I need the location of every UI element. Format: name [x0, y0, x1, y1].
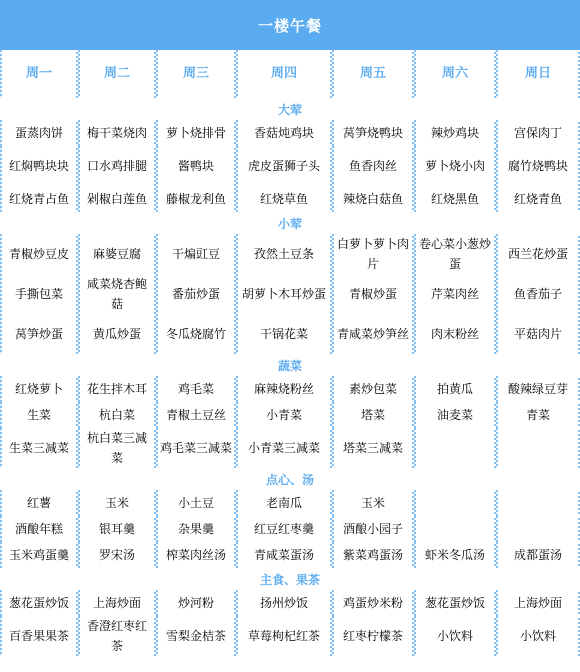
wavy-divider: [0, 590, 2, 616]
wavy-divider: [330, 590, 334, 616]
dish-cell: 生菜: [0, 402, 78, 428]
dish-cell: 小青菜: [236, 402, 332, 428]
cell-text: 塔菜三减菜: [343, 438, 403, 458]
dish-cell: 红烧萝卜: [0, 376, 78, 402]
cell-text: 腐竹烧鸭块: [508, 156, 568, 176]
dish-cell: 鸡蛋炒米粉: [332, 590, 414, 616]
dish-cell: [496, 490, 580, 516]
dish-cell: 莴笋烧鸭块: [332, 120, 414, 146]
wavy-divider: [76, 516, 80, 542]
dish-cell: 草莓枸杞红茶: [236, 616, 332, 656]
cell-text: 青椒炒蛋: [349, 284, 397, 304]
cell-text: 黄瓜炒蛋: [93, 324, 141, 344]
dish-cell: 冬瓜烧腐竹: [156, 314, 236, 354]
cell-text: 肉末粉丝: [431, 324, 479, 344]
cell-text: 青菜: [526, 405, 550, 425]
cell-text: 周四: [271, 64, 297, 84]
cell-text: 杭白菜: [99, 405, 135, 425]
cell-text: 白萝卜萝卜肉片: [336, 234, 410, 274]
cell-text: 酸辣绿豆芽: [508, 379, 568, 399]
wavy-divider: [0, 234, 2, 274]
dish-cell: 酒酿年糕: [0, 516, 78, 542]
cell-text: 罗宋汤: [99, 545, 135, 565]
cell-text: 红枣柠檬茶: [343, 626, 403, 646]
cell-text: 周三: [183, 64, 209, 84]
cell-text: 鸡蛋炒米粉: [343, 593, 403, 613]
wavy-divider: [76, 590, 80, 616]
wavy-divider: [154, 274, 158, 314]
wavy-divider: [494, 120, 498, 146]
cell-text: 青椒土豆丝: [166, 405, 226, 425]
cell-text: 番茄炒蛋: [172, 284, 220, 304]
dish-cell: 青咸菜蛋汤: [236, 542, 332, 568]
wavy-divider: [330, 376, 334, 402]
cell-text: 香菇炖鸡块: [254, 123, 314, 143]
wavy-divider: [234, 120, 238, 146]
dish-cell: 蛋蒸肉饼: [0, 120, 78, 146]
dish-cell: 红豆红枣羹: [236, 516, 332, 542]
cell-text: 上海炒面: [514, 593, 562, 613]
wavy-divider: [76, 402, 80, 428]
wavy-divider: [154, 234, 158, 274]
dish-cell: 红烧青占鱼: [0, 186, 78, 212]
wavy-divider: [412, 120, 416, 146]
wavy-divider: [234, 234, 238, 274]
wavy-divider: [76, 120, 80, 146]
dish-cell: 青咸菜炒笋丝: [332, 314, 414, 354]
cell-text: 莴笋烧鸭块: [343, 123, 403, 143]
dish-cell: 辣炒鸡块: [414, 120, 496, 146]
wavy-divider: [154, 146, 158, 186]
wavy-divider: [76, 186, 80, 212]
cell-text: 草莓枸杞红茶: [248, 626, 320, 646]
wavy-divider: [234, 402, 238, 428]
dish-cell: 酒酿小园子: [332, 516, 414, 542]
cell-text: 周五: [360, 64, 386, 84]
dish-cell: 红烧青鱼: [496, 186, 580, 212]
cell-text: 老南瓜: [266, 493, 302, 513]
dish-cell: 玉米鸡蛋羹: [0, 542, 78, 568]
cell-text: 虎皮蛋狮子头: [248, 156, 320, 176]
dish-cell: 虾米冬瓜汤: [414, 542, 496, 568]
wavy-divider: [494, 616, 498, 656]
wavy-divider: [412, 234, 416, 274]
day-header-4: 周四: [236, 50, 332, 98]
dish-cell: 成都蛋汤: [496, 542, 580, 568]
cell-text: 蛋蒸肉饼: [15, 123, 63, 143]
cell-text: 虾米冬瓜汤: [425, 545, 485, 565]
wavy-divider: [234, 590, 238, 616]
wavy-divider: [234, 274, 238, 314]
section-grid: 红薯玉米小土豆老南瓜玉米酒酿年糕银耳羹杂果羹红豆红枣羹酒酿小园子玉米鸡蛋羹罗宋汤…: [0, 490, 580, 568]
day-header-row: 周一周二周三周四周五周六周日: [0, 50, 580, 98]
wavy-divider: [412, 402, 416, 428]
wavy-divider: [412, 50, 416, 98]
wavy-divider: [154, 590, 158, 616]
cell-text: 咸菜烧杏鲍菇: [82, 274, 152, 314]
cell-text: 红烧青占鱼: [9, 189, 69, 209]
wavy-divider: [330, 146, 334, 186]
dish-cell: 卷心菜小葱炒蛋: [414, 234, 496, 274]
cell-text: 花生拌木耳: [87, 379, 147, 399]
wavy-divider: [234, 616, 238, 656]
menu-title-bar: 一楼午餐: [0, 0, 580, 50]
dish-cell: 炒河粉: [156, 590, 236, 616]
cell-text: 藤椒龙利鱼: [166, 189, 226, 209]
wavy-divider: [0, 428, 2, 468]
dish-cell: 青椒炒豆皮: [0, 234, 78, 274]
wavy-divider: [0, 490, 2, 516]
wavy-divider: [494, 376, 498, 402]
cell-text: 冬瓜烧腐竹: [166, 324, 226, 344]
wavy-divider: [76, 376, 80, 402]
dish-cell: 紫菜鸡蛋汤: [332, 542, 414, 568]
cell-text: 小青菜: [266, 405, 302, 425]
dish-cell: 红烧草鱼: [236, 186, 332, 212]
dish-cell: 上海炒面: [496, 590, 580, 616]
dish-cell: 青椒炒蛋: [332, 274, 414, 314]
dish-cell: 辣烧白菇鱼: [332, 186, 414, 212]
wavy-divider: [494, 234, 498, 274]
cell-text: 小饮料: [437, 626, 473, 646]
dish-cell: 番茄炒蛋: [156, 274, 236, 314]
wavy-divider: [234, 146, 238, 186]
cell-text: 小青菜三减菜: [248, 438, 320, 458]
wavy-divider: [154, 428, 158, 468]
cell-text: 胡萝卜木耳炒蛋: [242, 284, 326, 304]
cell-text: 芹菜肉丝: [431, 284, 479, 304]
cell-text: 周一: [26, 64, 52, 84]
cell-text: 红薯: [27, 493, 51, 513]
dish-cell: 香菇炖鸡块: [236, 120, 332, 146]
dish-cell: 芹菜肉丝: [414, 274, 496, 314]
dish-cell: 杭白菜三减菜: [78, 428, 156, 468]
wavy-divider: [76, 50, 80, 98]
cell-text: 葱花蛋炒饭: [9, 593, 69, 613]
wavy-divider: [412, 186, 416, 212]
dish-cell: 莴笋炒蛋: [0, 314, 78, 354]
wavy-divider: [494, 428, 498, 468]
wavy-divider: [494, 542, 498, 568]
dish-cell: [414, 428, 496, 468]
wavy-divider: [76, 146, 80, 186]
dish-cell: 百香果果茶: [0, 616, 78, 656]
cell-text: 萝卜烧排骨: [166, 123, 226, 143]
wavy-divider: [76, 314, 80, 354]
dish-cell: 葱花蛋炒饭: [0, 590, 78, 616]
wavy-divider: [0, 146, 2, 186]
day-header-5: 周五: [332, 50, 414, 98]
cell-text: 葱花蛋炒饭: [425, 593, 485, 613]
cell-text: 梅干菜烧肉: [87, 123, 147, 143]
menu-table: 周一周二周三周四周五周六周日大荤蛋蒸肉饼梅干菜烧肉萝卜烧排骨香菇炖鸡块莴笋烧鸭块…: [0, 50, 580, 656]
wavy-divider: [234, 490, 238, 516]
cell-text: 雪梨金桔茶: [166, 626, 226, 646]
section-title: 大荤: [0, 98, 580, 120]
dish-cell: 红枣柠檬茶: [332, 616, 414, 656]
dish-cell: 胡萝卜木耳炒蛋: [236, 274, 332, 314]
dish-cell: 塔菜三减菜: [332, 428, 414, 468]
cell-text: 辣炒鸡块: [431, 123, 479, 143]
cell-text: 生菜三减菜: [9, 438, 69, 458]
section-title: 小荤: [0, 212, 580, 234]
cell-text: 酒酿小园子: [343, 519, 403, 539]
dish-cell: 宫保肉丁: [496, 120, 580, 146]
wavy-divider: [0, 376, 2, 402]
section-title: 蔬菜: [0, 354, 580, 376]
dish-cell: 杂果羹: [156, 516, 236, 542]
section-title: 主食、果茶: [0, 568, 580, 590]
wavy-divider: [412, 274, 416, 314]
wavy-divider: [154, 314, 158, 354]
cell-text: 杂果羹: [178, 519, 214, 539]
wavy-divider: [154, 542, 158, 568]
wavy-divider: [330, 616, 334, 656]
cell-text: 杭白菜三减菜: [82, 428, 152, 468]
wavy-divider: [0, 274, 2, 314]
dish-cell: 银耳羹: [78, 516, 156, 542]
dish-cell: 素炒包菜: [332, 376, 414, 402]
section-grid: 青椒炒豆皮麻婆豆腐干煸豇豆孜然土豆条白萝卜萝卜肉片卷心菜小葱炒蛋西兰花炒蛋手撕包…: [0, 234, 580, 354]
cell-text: 酒酿年糕: [15, 519, 63, 539]
cell-text: 炒河粉: [178, 593, 214, 613]
wavy-divider: [412, 314, 416, 354]
cell-text: 青椒炒豆皮: [9, 244, 69, 264]
day-header-3: 周三: [156, 50, 236, 98]
wavy-divider: [494, 50, 498, 98]
wavy-divider: [0, 542, 2, 568]
wavy-divider: [76, 428, 80, 468]
page-title: 一楼午餐: [258, 15, 322, 36]
dish-cell: 玉米: [332, 490, 414, 516]
cell-text: 上海炒面: [93, 593, 141, 613]
dish-cell: 塔菜: [332, 402, 414, 428]
wavy-divider: [330, 428, 334, 468]
wavy-divider: [494, 314, 498, 354]
wavy-divider: [234, 542, 238, 568]
dish-cell: 干煸豇豆: [156, 234, 236, 274]
cell-text: 紫菜鸡蛋汤: [343, 545, 403, 565]
cell-text: 手撕包菜: [15, 284, 63, 304]
dish-cell: 小饮料: [496, 616, 580, 656]
cell-text: 成都蛋汤: [514, 545, 562, 565]
dish-cell: 罗宋汤: [78, 542, 156, 568]
dish-cell: 生菜三减菜: [0, 428, 78, 468]
wavy-divider: [154, 516, 158, 542]
wavy-divider: [0, 314, 2, 354]
dish-cell: 干锅花菜: [236, 314, 332, 354]
wavy-divider: [234, 428, 238, 468]
cell-text: 拍黄瓜: [437, 379, 473, 399]
cell-text: 剁椒白莲鱼: [87, 189, 147, 209]
dish-cell: 花生拌木耳: [78, 376, 156, 402]
cell-text: 榨菜肉丝汤: [166, 545, 226, 565]
dish-cell: 咸菜烧杏鲍菇: [78, 274, 156, 314]
cell-text: 玉米: [105, 493, 129, 513]
cell-text: 红烧青鱼: [514, 189, 562, 209]
section-grid: 红烧萝卜花生拌木耳鸡毛菜麻辣烧粉丝素炒包菜拍黄瓜酸辣绿豆芽生菜杭白菜青椒土豆丝小…: [0, 376, 580, 468]
dish-cell: [496, 516, 580, 542]
dish-cell: 扬州炒饭: [236, 590, 332, 616]
cell-text: 宫保肉丁: [514, 123, 562, 143]
wavy-divider: [0, 186, 2, 212]
wavy-divider: [494, 186, 498, 212]
dish-cell: 拍黄瓜: [414, 376, 496, 402]
dish-cell: 酱鸭块: [156, 146, 236, 186]
wavy-divider: [494, 274, 498, 314]
cell-text: 银耳羹: [99, 519, 135, 539]
dish-cell: 平菇肉片: [496, 314, 580, 354]
dish-cell: 青椒土豆丝: [156, 402, 236, 428]
wavy-divider: [330, 274, 334, 314]
wavy-divider: [330, 516, 334, 542]
wavy-divider: [412, 146, 416, 186]
dish-cell: 红薯: [0, 490, 78, 516]
cell-text: 小土豆: [178, 493, 214, 513]
wavy-divider: [234, 50, 238, 98]
cell-text: 鸡毛菜: [178, 379, 214, 399]
wavy-divider: [234, 186, 238, 212]
cell-text: 塔菜: [361, 405, 385, 425]
dish-cell: 孜然土豆条: [236, 234, 332, 274]
wavy-divider: [412, 490, 416, 516]
wavy-divider: [0, 516, 2, 542]
cell-text: 百香果果茶: [9, 626, 69, 646]
cell-text: 莴笋炒蛋: [15, 324, 63, 344]
cell-text: 鸡毛菜三减菜: [160, 438, 232, 458]
dish-cell: 上海炒面: [78, 590, 156, 616]
wavy-divider: [76, 616, 80, 656]
dish-cell: 鱼香肉丝: [332, 146, 414, 186]
wavy-divider: [412, 516, 416, 542]
cell-text: 红烧萝卜: [15, 379, 63, 399]
dish-cell: 萝卜烧排骨: [156, 120, 236, 146]
dish-cell: 榨菜肉丝汤: [156, 542, 236, 568]
wavy-divider: [76, 274, 80, 314]
wavy-divider: [330, 490, 334, 516]
dish-cell: 玉米: [78, 490, 156, 516]
section-grid: 蛋蒸肉饼梅干菜烧肉萝卜烧排骨香菇炖鸡块莴笋烧鸭块辣炒鸡块宫保肉丁红焖鸭块块口水鸡…: [0, 120, 580, 212]
cell-text: 鱼香茄子: [514, 284, 562, 304]
cell-text: 油麦菜: [437, 405, 473, 425]
dish-cell: 麻婆豆腐: [78, 234, 156, 274]
dish-cell: 麻辣烧粉丝: [236, 376, 332, 402]
dish-cell: 酸辣绿豆芽: [496, 376, 580, 402]
wavy-divider: [154, 50, 158, 98]
wavy-divider: [0, 50, 2, 98]
wavy-divider: [154, 402, 158, 428]
wavy-divider: [330, 542, 334, 568]
day-header-7: 周日: [496, 50, 580, 98]
cell-text: 萝卜烧小肉: [425, 156, 485, 176]
cell-text: 素炒包菜: [349, 379, 397, 399]
cell-text: 麻婆豆腐: [93, 244, 141, 264]
dish-cell: 红烧黑鱼: [414, 186, 496, 212]
cell-text: 红豆红枣羹: [254, 519, 314, 539]
cell-text: 玉米: [361, 493, 385, 513]
cell-text: 周二: [104, 64, 130, 84]
dish-cell: 梅干菜烧肉: [78, 120, 156, 146]
wavy-divider: [154, 616, 158, 656]
wavy-divider: [412, 590, 416, 616]
dish-cell: 鸡毛菜三减菜: [156, 428, 236, 468]
dish-cell: 小饮料: [414, 616, 496, 656]
dish-cell: 香澄红枣红茶: [78, 616, 156, 656]
dish-cell: 剁椒白莲鱼: [78, 186, 156, 212]
wavy-divider: [494, 516, 498, 542]
dish-cell: 油麦菜: [414, 402, 496, 428]
cell-text: 香澄红枣红茶: [82, 616, 152, 656]
wavy-divider: [330, 120, 334, 146]
wavy-divider: [76, 542, 80, 568]
dish-cell: [414, 516, 496, 542]
wavy-divider: [330, 234, 334, 274]
cell-text: 青咸菜蛋汤: [254, 545, 314, 565]
cell-text: 玉米鸡蛋羹: [9, 545, 69, 565]
section-grid: 葱花蛋炒饭上海炒面炒河粉扬州炒饭鸡蛋炒米粉葱花蛋炒饭上海炒面百香果果茶香澄红枣红…: [0, 590, 580, 656]
cell-text: 平菇肉片: [514, 324, 562, 344]
wavy-divider: [154, 186, 158, 212]
wavy-divider: [412, 542, 416, 568]
dish-cell: 杭白菜: [78, 402, 156, 428]
wavy-divider: [0, 616, 2, 656]
dish-cell: 腐竹烧鸭块: [496, 146, 580, 186]
cell-text: 周六: [442, 64, 468, 84]
cell-text: 鱼香肉丝: [349, 156, 397, 176]
dish-cell: 肉末粉丝: [414, 314, 496, 354]
day-header-1: 周一: [0, 50, 78, 98]
wavy-divider: [494, 402, 498, 428]
cell-text: 小饮料: [520, 626, 556, 646]
dish-cell: 小青菜三减菜: [236, 428, 332, 468]
wavy-divider: [234, 516, 238, 542]
dish-cell: 鸡毛菜: [156, 376, 236, 402]
dish-cell: [496, 428, 580, 468]
dish-cell: 萝卜烧小肉: [414, 146, 496, 186]
dish-cell: 鱼香茄子: [496, 274, 580, 314]
dish-cell: 青菜: [496, 402, 580, 428]
wavy-divider: [0, 402, 2, 428]
dish-cell: 黄瓜炒蛋: [78, 314, 156, 354]
wavy-divider: [494, 590, 498, 616]
wavy-divider: [76, 490, 80, 516]
cell-text: 西兰花炒蛋: [508, 244, 568, 264]
wavy-divider: [154, 120, 158, 146]
dish-cell: 虎皮蛋狮子头: [236, 146, 332, 186]
cell-text: 干煸豇豆: [172, 244, 220, 264]
dish-cell: 口水鸡排腿: [78, 146, 156, 186]
cell-text: 酱鸭块: [178, 156, 214, 176]
wavy-divider: [330, 402, 334, 428]
wavy-divider: [234, 376, 238, 402]
cell-text: 扬州炒饭: [260, 593, 308, 613]
cell-text: 生菜: [27, 405, 51, 425]
wavy-divider: [412, 376, 416, 402]
cell-text: 卷心菜小葱炒蛋: [418, 234, 492, 274]
wavy-divider: [76, 234, 80, 274]
wavy-divider: [330, 314, 334, 354]
dish-cell: 小土豆: [156, 490, 236, 516]
wavy-divider: [330, 186, 334, 212]
cell-text: 口水鸡排腿: [87, 156, 147, 176]
dish-cell: 白萝卜萝卜肉片: [332, 234, 414, 274]
cell-text: 红烧草鱼: [260, 189, 308, 209]
dish-cell: 西兰花炒蛋: [496, 234, 580, 274]
dish-cell: 葱花蛋炒饭: [414, 590, 496, 616]
section-title: 点心、汤: [0, 468, 580, 490]
cell-text: 孜然土豆条: [254, 244, 314, 264]
day-header-2: 周二: [78, 50, 156, 98]
